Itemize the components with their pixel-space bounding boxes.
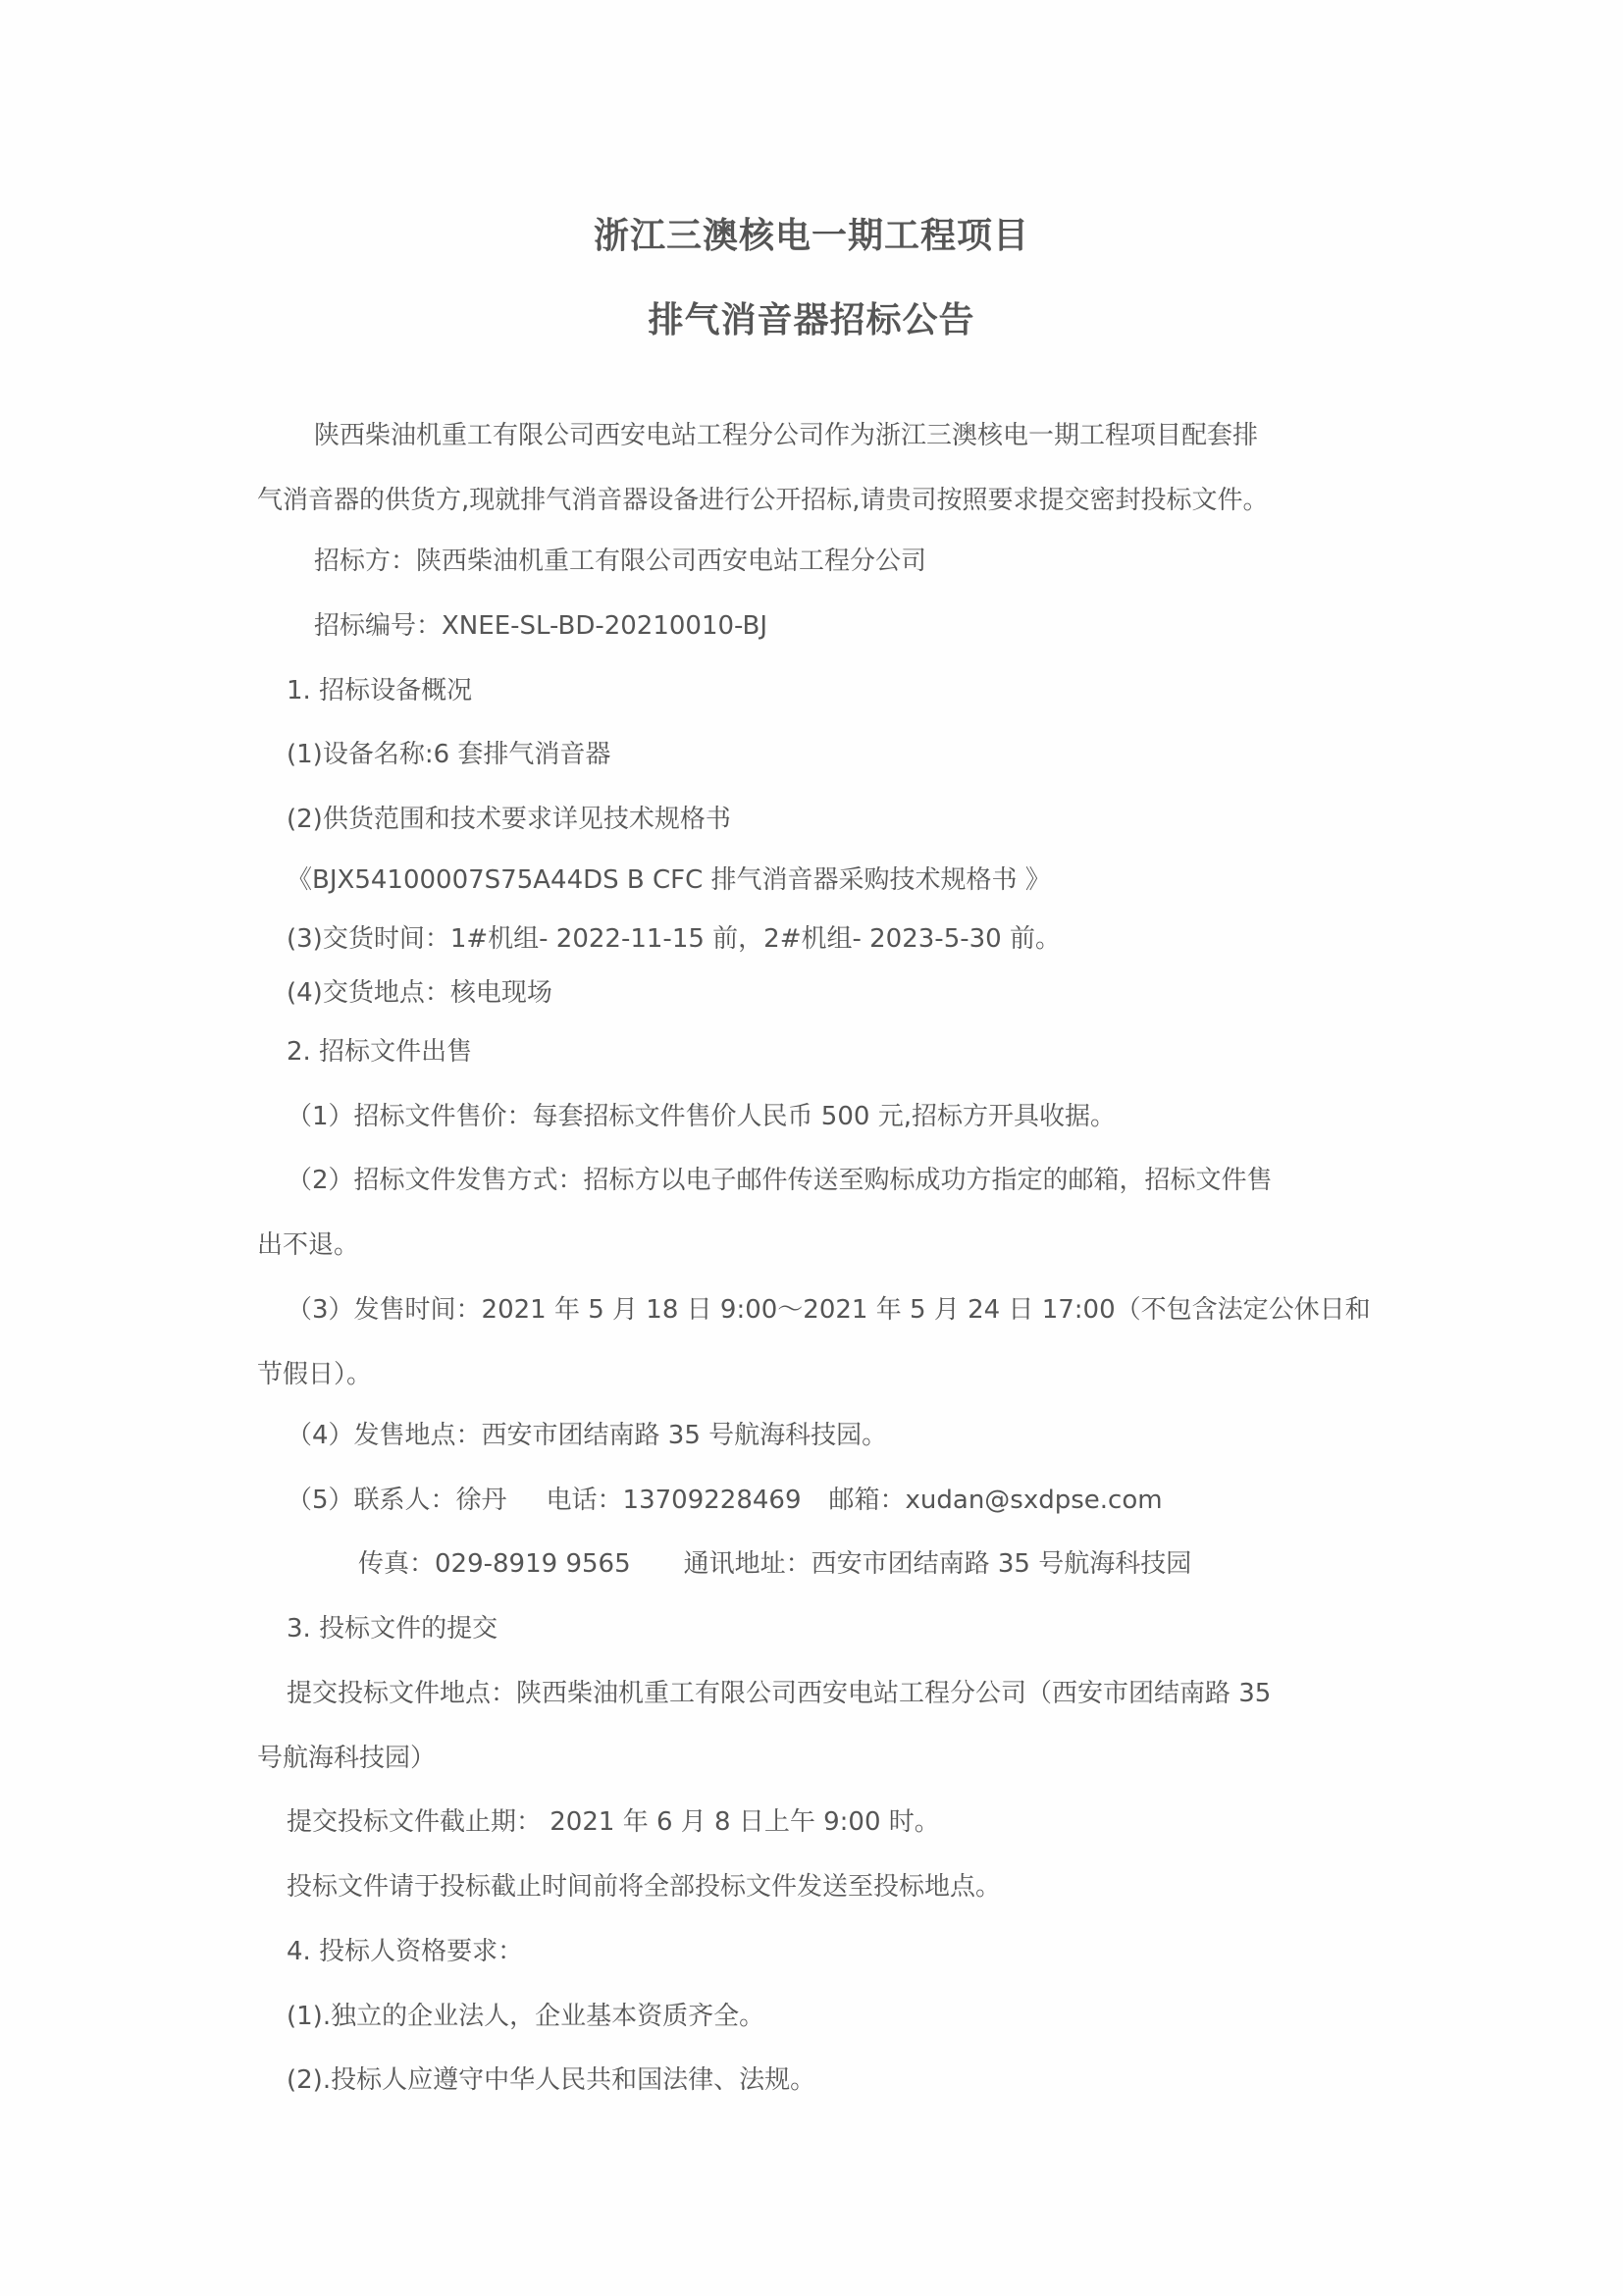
- section1-heading: 1. 招标设备概况: [287, 674, 1425, 707]
- section1-item3: (3)交货时间：1#机组- 2022-11-15 前，2#机组- 2023-5-…: [287, 922, 1425, 956]
- section2-item2-line1: （2）招标文件发售方式：招标方以电子邮件传送至购标成功方指定的邮箱，招标文件售: [287, 1164, 1425, 1197]
- document-page: 浙江三澳核电一期工程项目 排气消音器招标公告 陕西柴油机重工有限公司西安电站工程…: [0, 0, 1623, 2296]
- section2-heading: 2. 招标文件出售: [287, 1035, 1425, 1069]
- section3-deadline: 提交投标文件截止期： 2021 年 6 月 8 日上午 9:00 时。: [287, 1805, 1425, 1839]
- tenderer: 招标方：陕西柴油机重工有限公司西安电站工程分公司: [314, 545, 1452, 578]
- section3-location-line2: 号航海科技园）: [257, 1742, 1395, 1775]
- section3-location-line1: 提交投标文件地点：陕西柴油机重工有限公司西安电站工程分公司（西安市团结南路 35: [287, 1677, 1425, 1710]
- section2-item2-line2: 出不退。: [257, 1228, 1395, 1262]
- section2-item1: （1）招标文件售价：每套招标文件售价人民币 500 元,招标方开具收据。: [287, 1100, 1425, 1133]
- section1-item2: (2)供货范围和技术要求详见技术规格书: [287, 803, 1425, 836]
- contact-phone: 电话：13709228469: [547, 1486, 802, 1515]
- intro-line1: 陕西柴油机重工有限公司西安电站工程分公司作为浙江三澳核电一期工程项目配套排: [314, 419, 1452, 452]
- section2-item5-contact-row: （5）联系人：徐丹电话：13709228469邮箱：xudan@sxdpse.c…: [287, 1484, 1425, 1517]
- section2-item4: （4）发售地点：西安市团结南路 35 号航海科技园。: [287, 1419, 1425, 1452]
- document-title-line2: 排气消音器招标公告: [0, 292, 1623, 342]
- section1-item4: (4)交货地点：核电现场: [287, 976, 1425, 1010]
- section4-item1: (1).独立的企业法人，企业基本资质齐全。: [287, 2000, 1425, 2033]
- section1-spec: 《BJX54100007S75A44DS B CFC 排气消音器采购技术规格书 …: [287, 863, 1425, 897]
- contact-fax: 传真：029-8919 9565: [358, 1549, 631, 1579]
- document-title-line1: 浙江三澳核电一期工程项目: [0, 208, 1623, 258]
- intro-line2: 气消音器的供货方,现就排气消音器设备进行公开招标,请贵司按照要求提交密封投标文件…: [257, 484, 1395, 517]
- contact-email[interactable]: 邮箱：xudan@sxdpse.com: [829, 1486, 1163, 1515]
- section2-item5-fax-row: 传真：029-8919 9565通讯地址：西安市团结南路 35 号航海科技园: [358, 1547, 1496, 1581]
- section4-heading: 4. 投标人资格要求：: [287, 1935, 1425, 1968]
- section3-heading: 3. 投标文件的提交: [287, 1612, 1425, 1645]
- section3-note: 投标文件请于投标截止时间前将全部投标文件发送至投标地点。: [287, 1870, 1425, 1904]
- section2-item3-line1: （3）发售时间：2021 年 5 月 18 日 9:00～2021 年 5 月 …: [287, 1293, 1425, 1327]
- section2-item3-line2: 节假日）。: [257, 1358, 1395, 1391]
- contact-person: （5）联系人：徐丹: [287, 1486, 507, 1515]
- contact-address: 通讯地址：西安市团结南路 35 号航海科技园: [684, 1549, 1192, 1579]
- section1-item1: (1)设备名称:6 套排气消音器: [287, 738, 1425, 771]
- section4-item2: (2).投标人应遵守中华人民共和国法律、法规。: [287, 2063, 1425, 2097]
- tender-number: 招标编号：XNEE-SL-BD-20210010-BJ: [314, 609, 1452, 643]
